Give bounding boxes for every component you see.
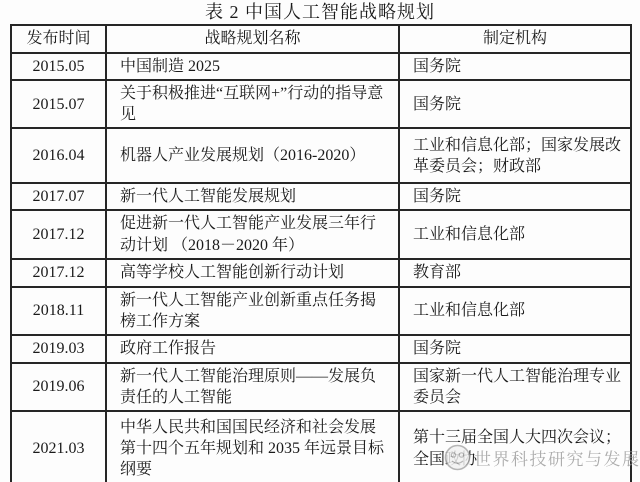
cell-agency: 国务院 bbox=[399, 183, 631, 210]
header-plan-name: 战略规划名称 bbox=[106, 25, 399, 53]
cell-plan-name: 新一代人工智能产业创新重点任务揭榜工作方案 bbox=[106, 287, 399, 335]
header-row: 发布时间 战略规划名称 制定机构 bbox=[11, 25, 631, 53]
ai-strategy-table: 发布时间 战略规划名称 制定机构 2015.05 中国制造 2025 国务院 2… bbox=[10, 24, 632, 482]
cell-plan-name: 中华人民共和国国民经济和社会发展第十四个五年规划和 2035 年远景目标纲要 bbox=[106, 411, 399, 482]
table-row: 2017.12 高等学校人工智能创新行动计划 教育部 bbox=[11, 259, 631, 287]
table-row: 2019.06 新一代人工智能治理原则——发展负责任的人工智能 国家新一代人工智… bbox=[11, 363, 631, 411]
cell-agency: 工业和信息化部 bbox=[399, 287, 631, 335]
cell-agency: 工业和信息化部；国家发展改革委员会；财政部 bbox=[399, 128, 631, 183]
cell-agency: 国务院 bbox=[399, 335, 631, 363]
cell-agency: 国务院 bbox=[399, 80, 631, 128]
cell-plan-name: 高等学校人工智能创新行动计划 bbox=[106, 259, 399, 287]
cell-publish-date: 2016.04 bbox=[11, 128, 106, 183]
cell-publish-date: 2017.07 bbox=[11, 183, 106, 210]
cell-plan-name: 促进新一代人工智能产业发展三年行动计划 （2018－2020 年） bbox=[106, 210, 399, 258]
page: 表 2 中国人工智能战略规划 发布时间 战略规划名称 制定机构 2015.05 … bbox=[0, 0, 640, 482]
cell-publish-date: 2017.12 bbox=[11, 259, 106, 287]
table-row: 2017.12 促进新一代人工智能产业发展三年行动计划 （2018－2020 年… bbox=[11, 210, 631, 258]
cell-publish-date: 2019.03 bbox=[11, 335, 106, 363]
header-agency: 制定机构 bbox=[399, 25, 631, 53]
table-body: 2015.05 中国制造 2025 国务院 2015.07 关于积极推进“互联网… bbox=[11, 53, 631, 482]
cell-agency: 国务院 bbox=[399, 53, 631, 80]
cell-agency: 工业和信息化部 bbox=[399, 210, 631, 258]
table-row: 2016.04 机器人产业发展规划（2016-2020） 工业和信息化部；国家发… bbox=[11, 128, 631, 183]
cell-publish-date: 2017.12 bbox=[11, 210, 106, 258]
cell-plan-name: 新一代人工智能治理原则——发展负责任的人工智能 bbox=[106, 363, 399, 411]
table-row: 2021.03 中华人民共和国国民经济和社会发展第十四个五年规划和 2035 年… bbox=[11, 411, 631, 482]
cell-plan-name: 关于积极推进“互联网+”行动的指导意见 bbox=[106, 80, 399, 128]
table-row: 2019.03 政府工作报告 国务院 bbox=[11, 335, 631, 363]
table-row: 2017.07 新一代人工智能发展规划 国务院 bbox=[11, 183, 631, 210]
cell-publish-date: 2018.11 bbox=[11, 287, 106, 335]
table-row: 2018.11 新一代人工智能产业创新重点任务揭榜工作方案 工业和信息化部 bbox=[11, 287, 631, 335]
cell-plan-name: 中国制造 2025 bbox=[106, 53, 399, 80]
cell-plan-name: 机器人产业发展规划（2016-2020） bbox=[106, 128, 399, 183]
cell-agency: 国家新一代人工智能治理专业委员会 bbox=[399, 363, 631, 411]
cell-agency: 教育部 bbox=[399, 259, 631, 287]
table-row: 2015.07 关于积极推进“互联网+”行动的指导意见 国务院 bbox=[11, 80, 631, 128]
cell-plan-name: 政府工作报告 bbox=[106, 335, 399, 363]
cell-agency: 第十三届全国人大四次会议；全国政协 bbox=[399, 411, 631, 482]
cell-publish-date: 2015.05 bbox=[11, 53, 106, 80]
cell-publish-date: 2015.07 bbox=[11, 80, 106, 128]
table-row: 2015.05 中国制造 2025 国务院 bbox=[11, 53, 631, 80]
cell-publish-date: 2021.03 bbox=[11, 411, 106, 482]
table-header: 发布时间 战略规划名称 制定机构 bbox=[11, 25, 631, 53]
header-publish-date: 发布时间 bbox=[11, 25, 106, 53]
cell-publish-date: 2019.06 bbox=[11, 363, 106, 411]
table-title: 表 2 中国人工智能战略规划 bbox=[0, 0, 640, 24]
cell-plan-name: 新一代人工智能发展规划 bbox=[106, 183, 399, 210]
